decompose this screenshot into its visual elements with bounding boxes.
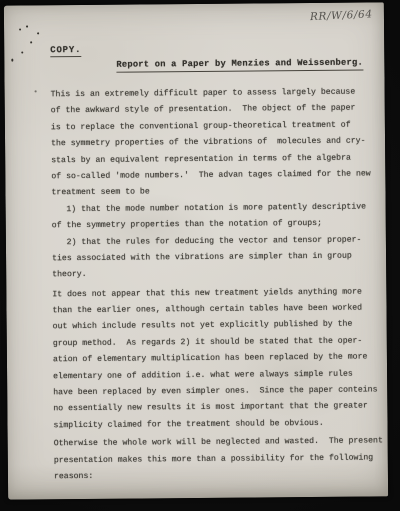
ink-speckle [19, 29, 21, 31]
paragraph: This is an extremely difficult paper to … [51, 84, 388, 202]
paragraph: It does not appear that this new treatme… [52, 284, 389, 434]
paragraph: Otherwise the whole work will be neglect… [54, 434, 390, 486]
text-line: ties associated with the vibrations are … [52, 248, 388, 267]
text-line: simplicity claimed for the treatment sho… [53, 415, 389, 434]
ink-speckle [21, 51, 23, 53]
ink-speckle [26, 25, 28, 27]
text-line: presentation makes this more than a poss… [54, 450, 390, 469]
ink-speckle [11, 59, 13, 62]
scan-background: RR/W/6/64 COPY. Report on a Paper by Men… [0, 0, 400, 511]
archive-reference-stamp: RR/W/6/64 [310, 8, 373, 23]
copy-label: COPY. [50, 45, 81, 57]
ink-speckle [35, 90, 37, 92]
text-line: 1) that the mode number notation is more… [52, 199, 388, 218]
paragraph: 2) that the rules for deducing the vecto… [52, 232, 388, 284]
paragraph: 1) that the mode number notation is more… [52, 199, 388, 235]
text-line: no essentially new results it is most im… [53, 399, 389, 418]
document-page: RR/W/6/64 COPY. Report on a Paper by Men… [4, 2, 388, 499]
ink-speckle [30, 41, 32, 43]
document-body: This is an extremely difficult paper to … [51, 84, 390, 485]
text-line: of so-called 'mode numbers.' The advan t… [51, 166, 387, 185]
text-line: reasons: [54, 466, 390, 485]
text-line: theory. [52, 265, 388, 284]
ink-speckle [37, 32, 39, 34]
document-title: Report on a Paper by Menzies and Weissen… [116, 58, 363, 73]
